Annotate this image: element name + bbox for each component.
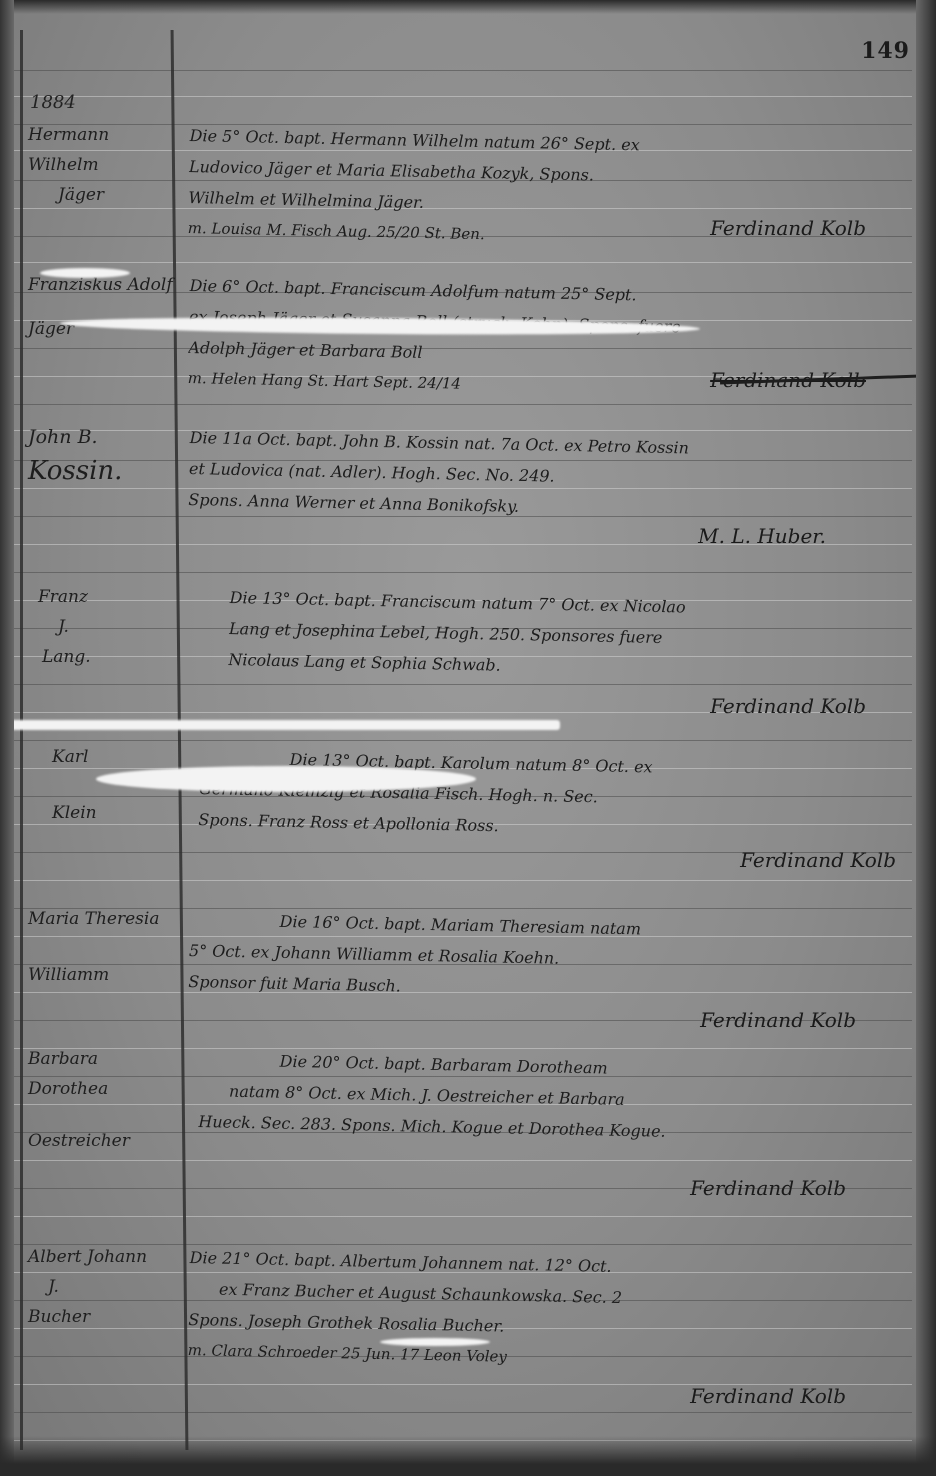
paper-tear <box>380 1338 490 1346</box>
entry-text: Die 20° Oct. bapt. Barbaram Dorotheam na… <box>198 1044 910 1152</box>
paper-tear <box>0 720 560 730</box>
scan-edge-right <box>916 0 936 1476</box>
child-name: Franz J. Lang. <box>28 582 178 672</box>
child-name: Franziskus Adolf Jäger <box>28 270 178 344</box>
entry-text: Die 13° Oct. bapt. Karolum natum 8° Oct.… <box>198 742 910 850</box>
child-name: Maria Theresia Williamm <box>28 904 178 990</box>
margin-year: 1884 <box>30 92 76 113</box>
entry-text: Die 11a Oct. bapt. John B. Kossin nat. 7… <box>188 422 900 530</box>
scan-edge-top <box>0 0 936 14</box>
child-name: Albert Johann J. Bucher <box>28 1242 178 1332</box>
child-name: Barbara Dorothea Oestreicher <box>28 1044 178 1156</box>
entry-text: Die 21° Oct. bapt. Albertum Johannem nat… <box>187 1242 899 1381</box>
priest-signature: Ferdinand Kolb <box>700 1008 856 1032</box>
priest-signature: Ferdinand Kolb <box>740 848 896 872</box>
paper-tear <box>40 268 130 278</box>
scan-edge-left <box>0 0 14 1476</box>
paper-tear <box>96 766 476 792</box>
priest-signature: Ferdinand Kolb <box>690 1176 846 1200</box>
entry-text: Die 16° Oct. bapt. Mariam Theresiam nata… <box>188 904 900 1012</box>
left-margin-line <box>20 30 23 1450</box>
register-page: 149 1884 Hermann Wilhelm Jäger Die 5° Oc… <box>0 0 936 1476</box>
child-name: John B. Kossin. <box>28 422 178 486</box>
child-name: Hermann Wilhelm Jäger <box>28 120 178 210</box>
priest-signature: Ferdinand Kolb <box>710 216 866 240</box>
entry-text: Die 13° Oct. bapt. Franciscum natum 7° O… <box>228 582 910 689</box>
scan-edge-bottom <box>0 1436 936 1476</box>
priest-signature: Ferdinand Kolb <box>690 1384 846 1408</box>
priest-signature: Ferdinand Kolb <box>710 694 866 718</box>
priest-signature: M. L. Huber. <box>698 524 826 548</box>
page-number: 149 <box>861 38 910 64</box>
